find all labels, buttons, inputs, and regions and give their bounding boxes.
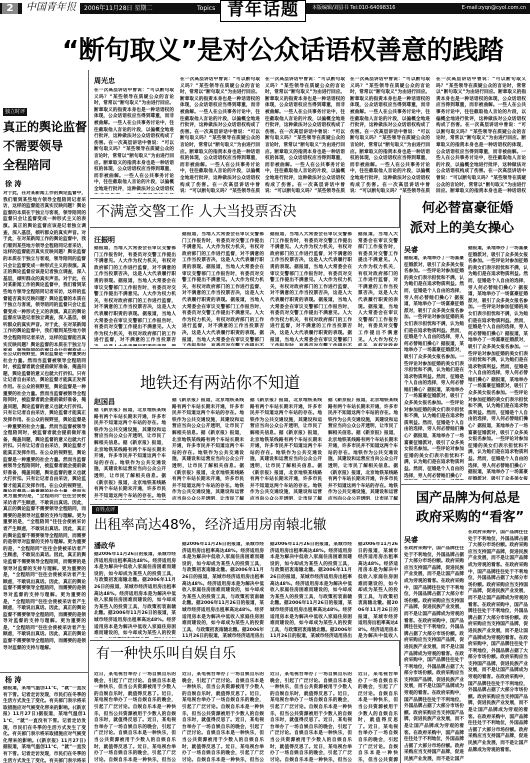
entertain-body-col2: 近日，某电视台举办了一场自娱自乐的晚会，引起了广泛讨论。自娱自乐本是一种快乐，但… [182, 672, 264, 763]
lead-body-col3: 在一次高层讲话中曾说：“可以断句取义吗？”某些领导在质疑公众的言论时，常常以“断… [265, 77, 345, 194]
subway-body-col4: 据《新京报》报道，北京地铁某线路有两个车站长期未开通，许多市民并不知道这两个车站… [328, 398, 398, 500]
left-column-title: 真正的舆论监督 不需要领导 全程陪同 [3, 118, 93, 175]
marriage-body-col1: 据报道，某地举办了一场富豪征婚派对，吸引了众多美女报名参加。一些评论对参加征婚的… [404, 256, 464, 480]
subway-headline: 地铁还有两站你不知道 [140, 374, 300, 392]
brand-body-col1: 在政府采购中，国产品牌往往处于不利地位，外国品牌占据了大部分市场份额。政府采购应… [404, 546, 464, 763]
housing-byline: 潘政华 [94, 542, 115, 551]
subway-body-col2: 据《新京报》报道，北京地铁某线路有两个车站长期未开通，许多市民并不知道这两个车站… [172, 398, 244, 500]
lead-body-col2: 在一次高层讲话中曾说：“可以断句取义吗？”某些领导在质疑公众的言论时，常常以“断… [180, 77, 260, 194]
marriage-headline-2: 派对上的美女操心 [410, 220, 514, 238]
decorative-slashes: ///// [64, 3, 74, 14]
left-body-1: 对于此，在对某新闻工作的舆论监督中，我们看到某些地方领导全程陪同记者采访，这样的… [3, 191, 86, 351]
lead-body-col5: 在一次高层讲话中曾说：“可以断句取义吗？”某些领导在质疑公众的言论时，常常以“断… [436, 77, 526, 194]
page-number: 2 [2, 3, 18, 14]
subway-body-col3: 据《新京报》报道，北京地铁某线路有两个车站长期未开通，许多市民并不知道这两个车站… [250, 398, 322, 500]
brand-headline-1: 国产品牌为何总是 [416, 490, 520, 508]
brand-byline: 吴睿 [404, 536, 418, 545]
column-divider [400, 195, 401, 763]
lead-byline: 周光忠 [94, 77, 115, 86]
section-title: 青年话题 [220, 0, 306, 22]
entertain-body-col4: 近日，某电视台举办了一场自娱自乐的晚会，引起了广泛讨论。自娱自乐本是一种快乐，但… [358, 672, 398, 763]
column-tag: 独立时评 [3, 108, 27, 116]
housing-headline: 出租率高达48%，经济适用房南辕北辙 [94, 516, 327, 534]
subway-body-col1: 据《新京报》报道，北京地铁某线路有两个车站长期未开通，许多市民并不知道这两个车站… [94, 408, 166, 500]
left-byline: 徐 涛 [5, 180, 21, 189]
title-line: 全程陪同 [3, 156, 93, 175]
section-label-en: Topics [197, 3, 215, 14]
entertain-body-col3: 近日，某电视台举办了一场自娱自乐的晚会，引起了广泛讨论。自娱自乐本是一种快乐，但… [270, 672, 352, 763]
section-divider [90, 348, 400, 349]
masthead: 2 中国青年报 ///// 2006年11月28日 星期二 Topics 青年话… [0, 0, 530, 20]
marriage-byline: 吴睿 [404, 246, 418, 255]
left-body-2: 在公众的视野里，舆论监督是一种重要的社会力量。然而当监督被领导全程陪同时，被监督… [3, 352, 86, 492]
entertain-body-col1: 近日，某电视台举办了一场自娱自乐的晚会，引起了广泛讨论。自娱自乐本是一种快乐，但… [94, 672, 176, 763]
subway-byline: 赵国昌 [94, 398, 115, 407]
section-divider [90, 504, 400, 505]
marriage-body-col2: 据报道，某地举办了一场富豪征婚派对，吸引了众多美女报名参加。一些评论对参加征婚的… [468, 246, 528, 480]
housing-body-col3: 据2006年11月26日的报道，某城市经济适用房出租率高达48%。经济适用房本是… [270, 542, 352, 638]
housing-body-col4: 据2006年11月26日的报道，某城市经济适用房出租率高达48%。经济适用房本是… [358, 542, 398, 638]
brand-headline-2: 政府采购的“看客” [416, 509, 524, 527]
traffic-byline: 汪振明 [94, 236, 115, 245]
lead-body-col4: 在一次高层讲话中曾说：“可以断句取义吗？”某些领导在质疑公众的言论时，常常以“断… [350, 77, 430, 194]
title-line: 不需要领导 [3, 137, 93, 156]
marriage-headline-1: 何必替富豪征婚 [422, 200, 513, 218]
housing-body-col1: 据2006年11月26日的报道，某城市经济适用房出租率高达48%。经济适用房本是… [94, 552, 176, 638]
housing-tag: 百姓点评 [92, 506, 118, 514]
bottom-left-body: 据报道，某地气温创11℃，“就”一直没有下雪。记者走访发现，市民们在冬季的生活方… [3, 686, 86, 763]
section-divider [400, 484, 530, 485]
issue-date: 2006年11月28日 星期二 [84, 3, 152, 14]
housing-body-col2: 据2006年11月26日的报道，某城市经济适用房出租率高达48%。经济适用房本是… [182, 542, 264, 638]
brand-body-col2: 在政府采购中，国产品牌往往处于不利地位，外国品牌占据了大部分市场份额。政府采购应… [468, 530, 528, 763]
contact-email: E-mail:zyqn@cyol.com.cn [462, 3, 526, 14]
traffic-headline: 不满意交警工作 人大当投票否决 [96, 203, 296, 221]
section-divider [0, 672, 88, 673]
editor-info: 本版编辑/刘县书 Tel:010-64098316 [312, 3, 395, 14]
entertain-headline: 有一种快乐叫自娱自乐 [96, 645, 236, 663]
bottom-left-byline: 杨 涛 [5, 676, 21, 685]
traffic-body-col2: 据报道，当地人大常委会在审议交警部门工作报告时，有委员对交警工作提出不满意见。人… [182, 232, 264, 346]
title-line: 真正的舆论监督 [3, 118, 93, 137]
traffic-body-col4: 据报道，当地人大常委会在审议交警部门工作报告时，有委员对交警工作提出不满意见。人… [358, 232, 398, 346]
traffic-body-col1: 据报道，当地人大常委会在审议交警部门工作报告时，有委员对交警工作提出不满意见。人… [94, 246, 176, 346]
lead-body-col1: 在一次高层讲话中曾说：“可以断句取义吗？”某些领导在质疑公众的言论时，常常以“断… [94, 88, 174, 194]
left-body-3: 更为重要的是，“全程陪同”往往会使被采访者产生顾虑，不敢说出真话。因此，真正的舆… [3, 494, 86, 664]
lead-headline: “断句取义”是对公众话语权善意的践踏 [62, 36, 530, 66]
traffic-body-col3: 据报道，当地人大常委会在审议交警部门工作报告时，有委员对交警工作提出不满意见。人… [270, 232, 352, 346]
